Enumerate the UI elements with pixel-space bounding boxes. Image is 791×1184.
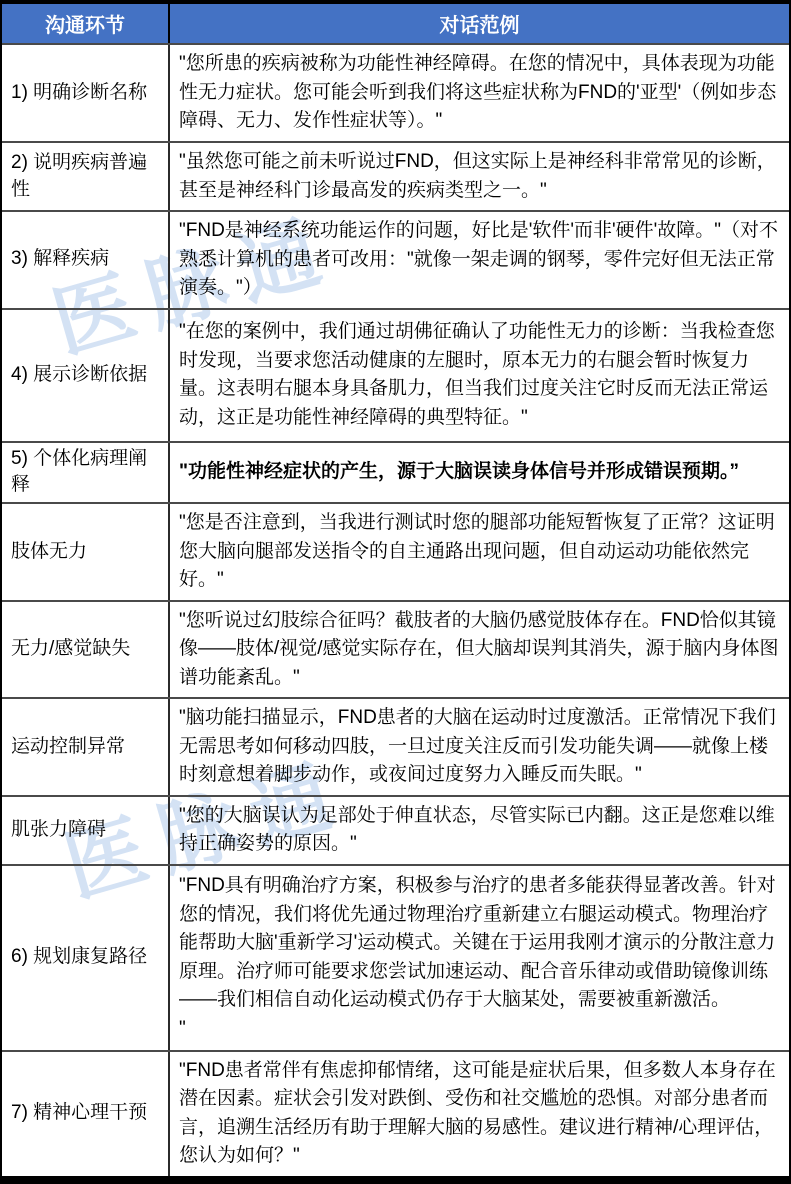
table-row: 肌张力障碍 "您的大脑误认为足部处于伸直状态，尽管实际已内翻。这正是您难以维持正…: [2, 795, 789, 864]
step-cell: 1) 明确诊断名称: [2, 45, 170, 141]
table-row: 肢体无力 "您是否注意到，当我进行测试时您的腿部功能短暂恢复了正常？这证明您大脑…: [2, 502, 789, 600]
dialogue-cell: "您所患的疾病被称为功能性神经障碍。在您的情况中，具体表现为功能性无力症状。您可…: [170, 45, 789, 141]
dialogue-text: "虽然您可能之前未听说过FND，但这实际上是神经科非常常见的诊断，甚至是神经科门…: [179, 148, 784, 205]
dialogue-text: "功能性神经症状的产生，源于大脑误读身体信号并形成错误预期。”: [179, 458, 739, 487]
dialogue-cell: "虽然您可能之前未听说过FND，但这实际上是神经科非常常见的诊断，甚至是神经科门…: [170, 143, 789, 210]
dialogue-text: "FND是神经系统功能运作的问题，好比是'软件'而非'硬件'故障。"（对不熟悉计…: [179, 217, 784, 303]
step-cell: 无力/感觉缺失: [2, 602, 170, 698]
step-cell: 运动控制异常: [2, 699, 170, 795]
dialogue-text: "在您的案例中，我们通过胡佛征确认了功能性无力的诊断：当我检查您时发现，当要求您…: [179, 318, 784, 432]
table-row: 5) 个体化病理阐释 "功能性神经症状的产生，源于大脑误读身体信号并形成错误预期…: [2, 441, 789, 503]
step-cell: 5) 个体化病理阐释: [2, 443, 170, 503]
dialogue-text: "您听说过幻肢综合征吗？截肢者的大脑仍感觉肢体存在。FND恰似其镜像——肢体/视…: [179, 607, 784, 693]
table-row: 6) 规划康复路径 "FND具有明确治疗方案，积极参与治疗的患者多能获得显著改善…: [2, 864, 789, 1050]
header-dialogue-column: 对话范例: [170, 4, 789, 43]
dialogue-cell: "脑功能扫描显示，FND患者的大脑在运动时过度激活。正常情况下我们无需思考如何移…: [170, 699, 789, 795]
step-cell: 2) 说明疾病普遍性: [2, 143, 170, 210]
step-cell: 4) 展示诊断依据: [2, 310, 170, 441]
table-row: 7) 精神心理干预 "FND患者常伴有焦虑抑郁情绪，这可能是症状后果，但多数人本…: [2, 1050, 789, 1176]
dialogue-text: "您所患的疾病被称为功能性神经障碍。在您的情况中，具体表现为功能性无力症状。您可…: [179, 50, 784, 136]
step-cell: 肢体无力: [2, 504, 170, 600]
table-row: 无力/感觉缺失 "您听说过幻肢综合征吗？截肢者的大脑仍感觉肢体存在。FND恰似其…: [2, 600, 789, 698]
header-step-column: 沟通环节: [2, 4, 170, 43]
table-row: 4) 展示诊断依据 "在您的案例中，我们通过胡佛征确认了功能性无力的诊断：当我检…: [2, 308, 789, 441]
dialogue-cell: "FND患者常伴有焦虑抑郁情绪，这可能是症状后果，但多数人本身存在潜在因素。症状…: [170, 1052, 789, 1176]
dialogue-cell: "您听说过幻肢综合征吗？截肢者的大脑仍感觉肢体存在。FND恰似其镜像——肢体/视…: [170, 602, 789, 698]
dialogue-cell: "您的大脑误认为足部处于伸直状态，尽管实际已内翻。这正是您难以维持正确姿势的原因…: [170, 797, 789, 864]
table-row: 运动控制异常 "脑功能扫描显示，FND患者的大脑在运动时过度激活。正常情况下我们…: [2, 697, 789, 795]
step-cell: 7) 精神心理干预: [2, 1052, 170, 1176]
dialogue-cell: "功能性神经症状的产生，源于大脑误读身体信号并形成错误预期。”: [170, 443, 789, 503]
communication-table: 医脉通 医脉通 沟通环节 对话范例 1) 明确诊断名称 "您所患的疾病被称为功能…: [0, 0, 791, 1184]
dialogue-text: "脑功能扫描显示，FND患者的大脑在运动时过度激活。正常情况下我们无需思考如何移…: [179, 704, 784, 790]
dialogue-cell: "在您的案例中，我们通过胡佛征确认了功能性无力的诊断：当我检查您时发现，当要求您…: [170, 310, 789, 441]
dialogue-cell: "FND具有明确治疗方案，积极参与治疗的患者多能获得显著改善。针对您的情况，我们…: [170, 866, 789, 1050]
table-header-row: 沟通环节 对话范例: [2, 4, 789, 43]
step-cell: 3) 解释疾病: [2, 212, 170, 308]
table-row: 3) 解释疾病 "FND是神经系统功能运作的问题，好比是'软件'而非'硬件'故障…: [2, 210, 789, 308]
dialogue-cell: "您是否注意到，当我进行测试时您的腿部功能短暂恢复了正常？这证明您大脑向腿部发送…: [170, 504, 789, 600]
table-row: 1) 明确诊断名称 "您所患的疾病被称为功能性神经障碍。在您的情况中，具体表现为…: [2, 43, 789, 141]
table-row: 2) 说明疾病普遍性 "虽然您可能之前未听说过FND，但这实际上是神经科非常常见…: [2, 141, 789, 210]
dialogue-text: "您的大脑误认为足部处于伸直状态，尽管实际已内翻。这正是您难以维持正确姿势的原因…: [179, 802, 784, 859]
table-grid: 沟通环节 对话范例 1) 明确诊断名称 "您所患的疾病被称为功能性神经障碍。在您…: [2, 4, 789, 1176]
dialogue-cell: "FND是神经系统功能运作的问题，好比是'软件'而非'硬件'故障。"（对不熟悉计…: [170, 212, 789, 308]
dialogue-text: "您是否注意到，当我进行测试时您的腿部功能短暂恢复了正常？这证明您大脑向腿部发送…: [179, 509, 784, 595]
dialogue-text: "FND具有明确治疗方案，积极参与治疗的患者多能获得显著改善。针对您的情况，我们…: [179, 872, 784, 1043]
dialogue-text: "FND患者常伴有焦虑抑郁情绪，这可能是症状后果，但多数人本身存在潜在因素。症状…: [179, 1057, 784, 1171]
step-cell: 6) 规划康复路径: [2, 866, 170, 1050]
step-cell: 肌张力障碍: [2, 797, 170, 864]
